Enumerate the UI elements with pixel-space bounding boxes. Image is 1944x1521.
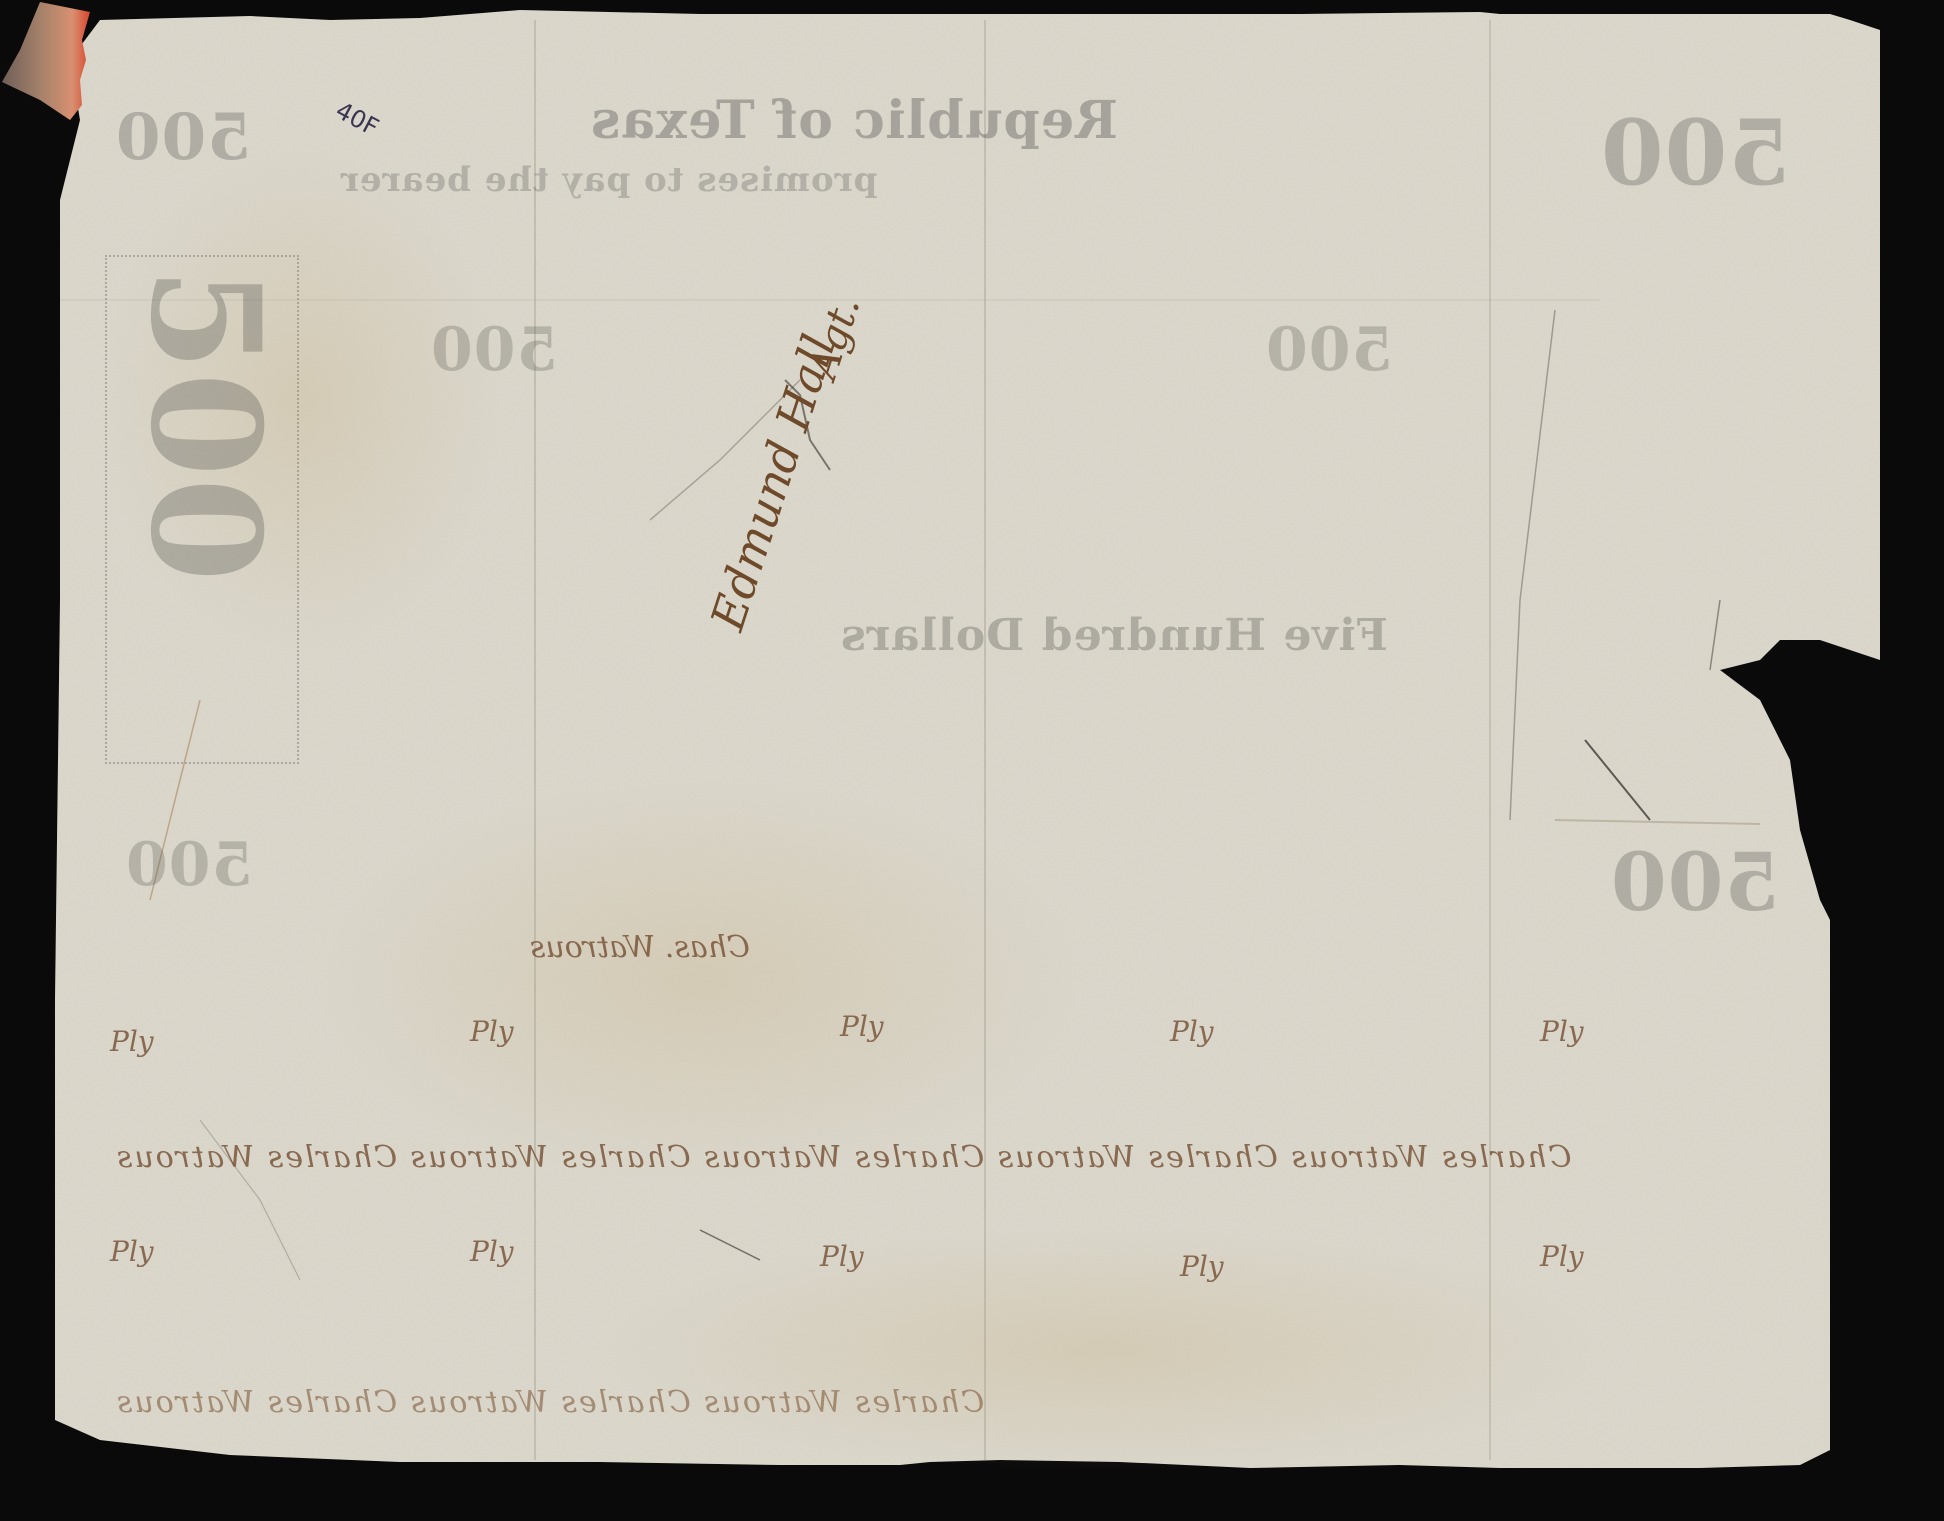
register-signature: Chas. Watrous xyxy=(530,930,750,965)
bleed-denomination-lower-left: 500 xyxy=(125,830,253,900)
initial-mark: Ply xyxy=(1180,1250,1224,1283)
panel-denomination-text: 500 xyxy=(117,267,293,583)
signature-block: Edmund Hall Agt. xyxy=(680,150,880,630)
bleed-amount-legend: Five Hundred Dollars xyxy=(840,610,1388,661)
bleed-denomination-corner-left: 500 xyxy=(115,100,252,175)
initial-mark: Ply xyxy=(1540,1015,1584,1048)
bleed-denomination-panel: 500 xyxy=(105,255,299,764)
initial-mark: Ply xyxy=(470,1015,514,1048)
denomination-text: 500 xyxy=(125,830,253,900)
register-signature-text: Chas. Watrous xyxy=(530,930,750,965)
denomination-text: 500 xyxy=(430,315,558,385)
denomination-text: 500 xyxy=(1265,315,1393,385)
initial-mark: Ply xyxy=(470,1235,514,1268)
bleed-denomination-lower-right: 500 xyxy=(1610,835,1780,929)
initial-mark: Ply xyxy=(110,1025,154,1058)
bottom-endorsement-text: Charles Watrous Charles Watrous Charles … xyxy=(115,1385,984,1420)
bleed-denomination-center-left: 500 xyxy=(430,315,558,385)
denomination-text: 500 xyxy=(1610,835,1780,929)
bleed-title: Republic of Texas xyxy=(590,90,1118,151)
initial-mark: Ply xyxy=(110,1235,154,1268)
endorsement-line: Charles Watrous Charles Watrous Charles … xyxy=(115,1140,1572,1175)
bleed-denomination-center-right: 500 xyxy=(1265,315,1393,385)
red-seal-fragment xyxy=(0,0,90,125)
signature-title: Agt. xyxy=(800,291,869,384)
bleed-title-text: Republic of Texas xyxy=(590,90,1118,151)
bleed-denomination-corner-right: 500 xyxy=(1600,100,1791,206)
banknote-photo: Republic of Texas promises to pay the be… xyxy=(0,0,1944,1521)
endorsement-text: Charles Watrous Charles Watrous Charles … xyxy=(115,1140,1572,1175)
amount-legend-text: Five Hundred Dollars xyxy=(840,610,1388,661)
initial-mark: Ply xyxy=(820,1240,864,1273)
denomination-text: 500 xyxy=(115,100,252,175)
initial-mark: Ply xyxy=(840,1010,884,1043)
initial-mark: Ply xyxy=(1540,1240,1584,1273)
initial-mark: Ply xyxy=(1170,1015,1214,1048)
bottom-endorsement-line: Charles Watrous Charles Watrous Charles … xyxy=(115,1385,984,1420)
denomination-text: 500 xyxy=(1600,100,1791,206)
